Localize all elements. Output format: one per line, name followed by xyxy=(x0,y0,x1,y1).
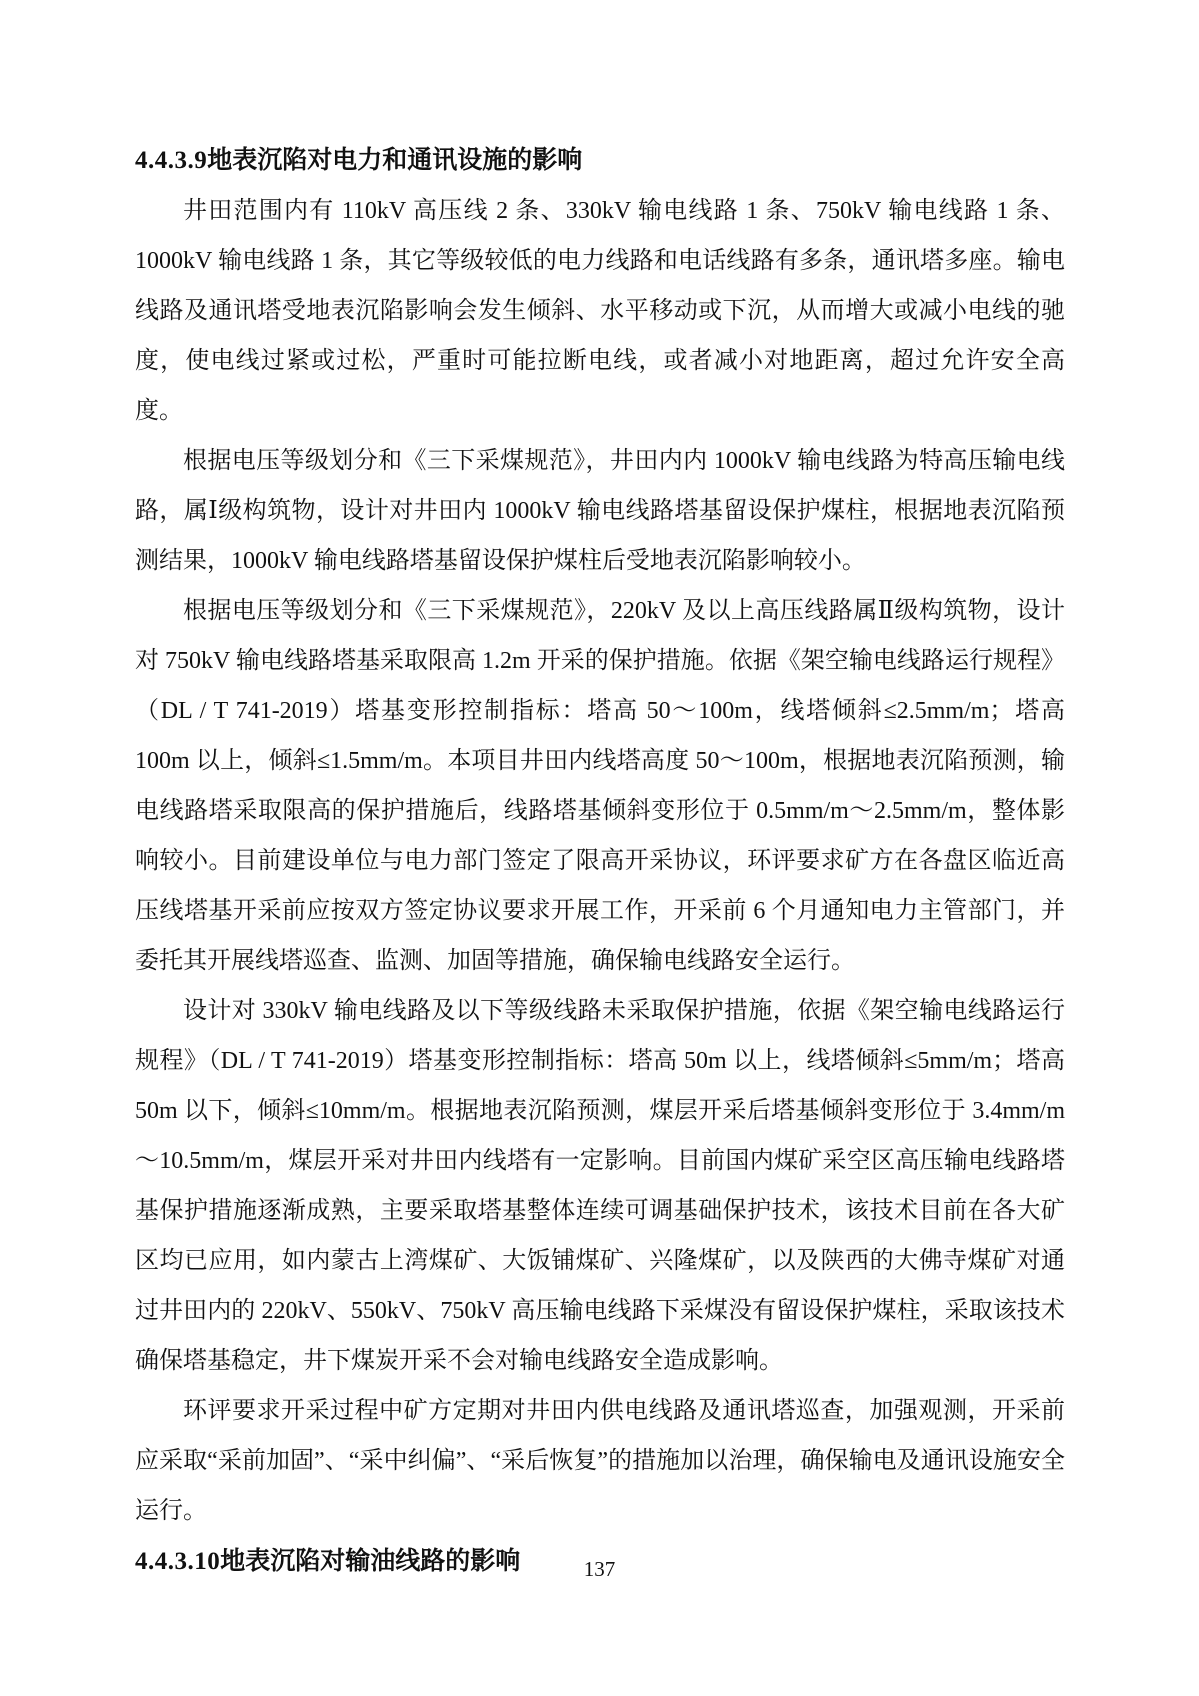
body-paragraph-5: 环评要求开采过程中矿方定期对井田内供电线路及通讯塔巡查，加强观测，开采前应采取“… xyxy=(135,1386,1065,1536)
body-paragraph-3: 根据电压等级划分和《三下采煤规范》，220kV 及以上高压线路属Ⅱ级构筑物，设计… xyxy=(135,586,1065,986)
document-page: 4.4.3.9地表沉陷对电力和通讯设施的影响 井田范围内有 110kV 高压线 … xyxy=(0,0,1199,1696)
body-paragraph-1: 井田范围内有 110kV 高压线 2 条、330kV 输电线路 1 条、750k… xyxy=(135,186,1065,436)
text-column: 4.4.3.9地表沉陷对电力和通讯设施的影响 井田范围内有 110kV 高压线 … xyxy=(135,135,1065,1587)
body-paragraph-4: 设计对 330kV 输电线路及以下等级线路未采取保护措施，依据《架空输电线路运行… xyxy=(135,986,1065,1386)
page-number: 137 xyxy=(584,1557,616,1581)
section-heading-number: 4.4.3.9 xyxy=(135,147,207,174)
page-footer: 137 xyxy=(0,1556,1199,1582)
body-paragraph-2: 根据电压等级划分和《三下采煤规范》，井田内内 1000kV 输电线路为特高压输电… xyxy=(135,436,1065,586)
section-heading-title: 地表沉陷对电力和通讯设施的影响 xyxy=(207,146,582,174)
section-heading-4-4-3-9: 4.4.3.9地表沉陷对电力和通讯设施的影响 xyxy=(135,135,1065,186)
